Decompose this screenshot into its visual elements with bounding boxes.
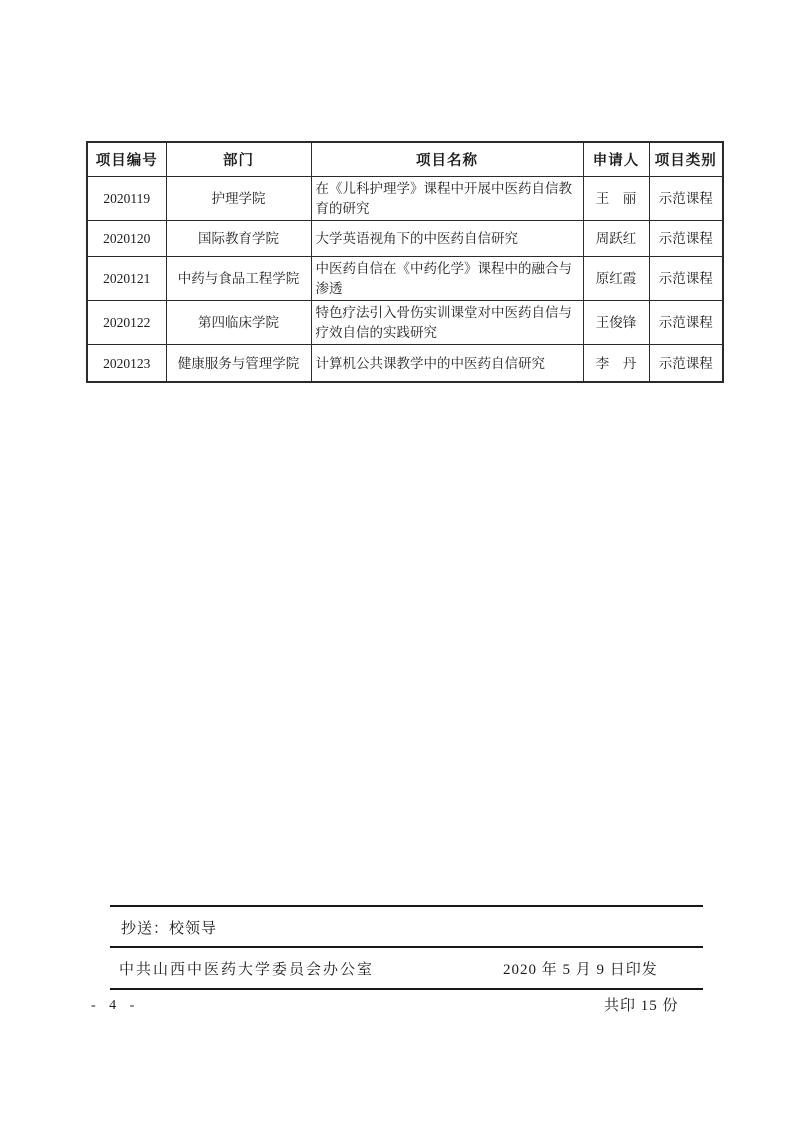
cell-project-name: 在《儿科护理学》课程中开展中医药自信教育的研究 xyxy=(311,177,583,221)
cell-project-name: 中医药自信在《中药化学》课程中的融合与渗透 xyxy=(311,257,583,301)
cc-line: 抄送：校领导 xyxy=(121,917,217,938)
cell-applicant: 王 丽 xyxy=(583,177,649,221)
header-department: 部门 xyxy=(166,142,311,177)
header-project-name: 项目名称 xyxy=(311,142,583,177)
cell-project-name: 大学英语视角下的中医药自信研究 xyxy=(311,221,583,257)
cell-project-id: 2020120 xyxy=(87,221,166,257)
cell-project-name: 计算机公共课教学中的中医药自信研究 xyxy=(311,345,583,383)
footer-divider-middle xyxy=(110,946,703,948)
header-applicant: 申请人 xyxy=(583,142,649,177)
cell-project-id: 2020122 xyxy=(87,301,166,345)
header-project-id: 项目编号 xyxy=(87,142,166,177)
document-page: 项目编号 部门 项目名称 申请人 项目类别 2020119 护理学院 在《儿科护… xyxy=(0,0,800,1131)
cell-applicant: 李 丹 xyxy=(583,345,649,383)
table-row: 2020120 国际教育学院 大学英语视角下的中医药自信研究 周跃红 示范课程 xyxy=(87,221,723,257)
table-row: 2020119 护理学院 在《儿科护理学》课程中开展中医药自信教育的研究 王 丽… xyxy=(87,177,723,221)
table-row: 2020123 健康服务与管理学院 计算机公共课教学中的中医药自信研究 李 丹 … xyxy=(87,345,723,383)
table-header-row: 项目编号 部门 项目名称 申请人 项目类别 xyxy=(87,142,723,177)
footer-divider-top xyxy=(110,905,703,907)
table-row: 2020121 中药与食品工程学院 中医药自信在《中药化学》课程中的融合与渗透 … xyxy=(87,257,723,301)
cell-applicant: 原红霞 xyxy=(583,257,649,301)
issuer-name: 中共山西中医药大学委员会办公室 xyxy=(119,962,374,978)
cell-department: 第四临床学院 xyxy=(166,301,311,345)
cell-category: 示范课程 xyxy=(649,177,723,221)
cell-department: 中药与食品工程学院 xyxy=(166,257,311,301)
cell-project-id: 2020121 xyxy=(87,257,166,301)
project-table: 项目编号 部门 项目名称 申请人 项目类别 2020119 护理学院 在《儿科护… xyxy=(86,141,724,383)
cell-project-name: 特色疗法引入骨伤实训课堂对中医药自信与疗效自信的实践研究 xyxy=(311,301,583,345)
issuer-line: 中共山西中医药大学委员会办公室 2020 年 5 月 9 日印发 xyxy=(119,958,703,979)
cell-category: 示范课程 xyxy=(649,221,723,257)
cell-category: 示范课程 xyxy=(649,257,723,301)
header-category: 项目类别 xyxy=(649,142,723,177)
cell-category: 示范课程 xyxy=(649,301,723,345)
cell-applicant: 周跃红 xyxy=(583,221,649,257)
print-date: 2020 年 5 月 9 日印发 xyxy=(503,958,658,979)
cell-department: 护理学院 xyxy=(166,177,311,221)
table-row: 2020122 第四临床学院 特色疗法引入骨伤实训课堂对中医药自信与疗效自信的实… xyxy=(87,301,723,345)
cell-project-id: 2020119 xyxy=(87,177,166,221)
print-count: 共印 15 份 xyxy=(604,994,679,1015)
cell-category: 示范课程 xyxy=(649,345,723,383)
page-number: - 4 - xyxy=(91,998,139,1014)
cell-applicant: 王俊锋 xyxy=(583,301,649,345)
cell-department: 健康服务与管理学院 xyxy=(166,345,311,383)
cell-project-id: 2020123 xyxy=(87,345,166,383)
cell-department: 国际教育学院 xyxy=(166,221,311,257)
footer-divider-bottom xyxy=(110,988,703,990)
